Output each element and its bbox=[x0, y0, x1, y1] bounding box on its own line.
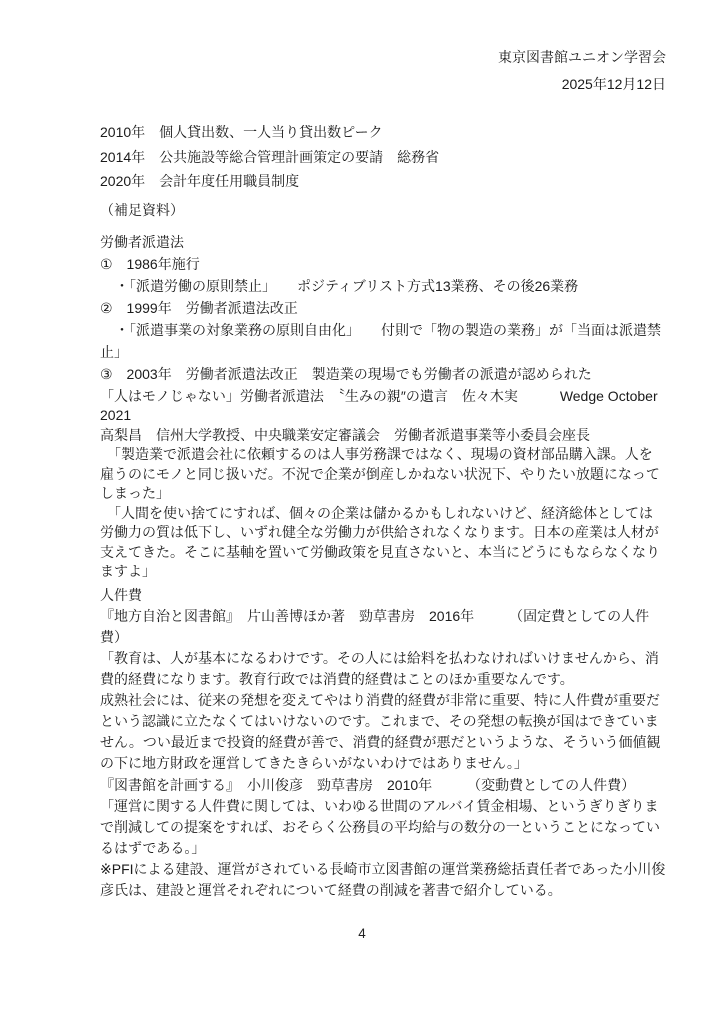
document-content: 東京図書館ユニオン学習会 2025年12月12日 2010年 個人貸出数、一人当… bbox=[0, 0, 724, 901]
article-quote1-line: 「製造業で派遣会社に依頼するのは人事労務課ではなく、現場の資材部品購入課。人を bbox=[100, 445, 666, 465]
personnel-quote-line: 「教育は、人が基本になるわけです。その人には給料を払わなければいけませんから、消 bbox=[100, 648, 666, 669]
dispatch-law-item-1: ① 1986年施行 bbox=[100, 253, 666, 275]
supplement-label: （補足資料） bbox=[100, 200, 666, 221]
dispatch-law-item-2: ② 1999年 労働者派遣法改正 bbox=[100, 297, 666, 319]
document-header: 東京図書館ユニオン学習会 2025年12月12日 bbox=[100, 44, 666, 98]
article-quote2-line: 「人間を使い捨てにすれば、個々の企業は儲かるかもしれないけど、経済総体としては bbox=[100, 504, 666, 524]
personnel-quote-line: 成熟社会には、従来の発想を変えてやはり消費的経費が非常に重要、特に人件費が重要だ bbox=[100, 690, 666, 711]
planbook-quote-line: るはずである。」 bbox=[100, 838, 666, 859]
book-citation-chihoujichi-wrap: 費） bbox=[100, 627, 666, 648]
timeline-section: 2010年 個人貸出数、一人当り貸出数ピーク 2014年 公共施設等総合管理計画… bbox=[100, 120, 666, 194]
dispatch-law-section: 労働者派遣法 ① 1986年施行 ・「派遣労働の原則禁止」 ポジティブリスト方式… bbox=[100, 231, 666, 385]
personnel-quote-line: せん。つい最近まで投資的経費が善で、消費的経費が悪だというような、そういう価値観 bbox=[100, 732, 666, 753]
personnel-quote-line: という認識に立たなくてはいけないのです。これまで、その発想の転換が国はできていま bbox=[100, 711, 666, 732]
personnel-cost-section: 人件費 『地方自治と図書館』 片山善博ほか著 勁草書房 2016年 （固定費とし… bbox=[100, 585, 666, 774]
timeline-entry-2014: 2014年 公共施設等総合管理計画策定の要請 総務省 bbox=[100, 145, 666, 170]
page-number: 4 bbox=[0, 926, 724, 941]
personnel-quote-line: 費的経費になります。教育行政では消費的経費はことのほか重要なんです。 bbox=[100, 669, 666, 690]
header-date-line: 2025年12月12日 bbox=[100, 71, 666, 98]
wedge-article-section: 「人はモノじゃない」労働者派遣法 〝生みの親″の遺言 佐々木実 Wedge Oc… bbox=[100, 387, 666, 582]
timeline-entry-2010: 2010年 個人貸出数、一人当り貸出数ピーク bbox=[100, 120, 666, 145]
dispatch-law-heading: 労働者派遣法 bbox=[100, 231, 666, 253]
article-quote2-line: 支えてきた。そこに基軸を置いて労働政策を見直さないと、本当にどうにもならなくなり bbox=[100, 543, 666, 563]
header-org-line: 東京図書館ユニオン学習会 bbox=[100, 44, 666, 71]
personnel-quote-line: の下に地方財政を運営してきたきらいがないわけではありません。」 bbox=[100, 753, 666, 774]
book-citation-toshokan-keikaku: 『図書館を計画する』 小川俊彦 勁草書房 2010年 （変動費としての人件費） bbox=[100, 775, 666, 796]
dispatch-law-item-3: ③ 2003年 労働者派遣法改正 製造業の現場でも労働者の派遣が認められた bbox=[100, 363, 666, 385]
plan-book-section: 『図書館を計画する』 小川俊彦 勁草書房 2010年 （変動費としての人件費） … bbox=[100, 775, 666, 901]
personnel-heading: 人件費 bbox=[100, 585, 666, 606]
article-quote1-line: 雇うのにモノと同じ扱いだ。不況で企業が倒産しかねない状況下、やりたい放題になって bbox=[100, 465, 666, 485]
article-title-line: 「人はモノじゃない」労働者派遣法 〝生みの親″の遺言 佐々木実 Wedge Oc… bbox=[100, 387, 666, 407]
dispatch-law-subitem-2: ・「派遣事業の対象業務の原則自由化」 付則で「物の製造の業務」が「当面は派遣禁 bbox=[100, 319, 666, 341]
article-quote2-line: 労働力の質は低下し、いずれ健全な労働力が供給されなくなります。日本の産業は人材が bbox=[100, 523, 666, 543]
supplement-section: （補足資料） bbox=[100, 200, 666, 221]
article-byline: 高梨昌 信州大学教授、中央職業安定審議会 労働者派遣事業等小委員会座長 bbox=[100, 426, 666, 446]
article-title-wrap: 2021 bbox=[100, 406, 666, 426]
article-quote2-line: ますよ」 bbox=[100, 562, 666, 582]
planbook-quote-line: で削減しての提案をすれば、おそらく公務員の平均給与の数分の一ということになってい bbox=[100, 817, 666, 838]
article-quote1-line: しまった」 bbox=[100, 484, 666, 504]
dispatch-law-subitem-1: ・「派遣労働の原則禁止」 ポジティブリスト方式13業務、その後26業務 bbox=[100, 275, 666, 297]
pfi-note-line: 彦氏は、建設と運営それぞれについて経費の削減を著書で紹介している。 bbox=[100, 880, 666, 901]
dispatch-law-subitem-2-wrap: 止」 bbox=[100, 341, 666, 363]
book-citation-chihoujichi: 『地方自治と図書館』 片山善博ほか著 勁草書房 2016年 （固定費としての人件 bbox=[100, 606, 666, 627]
document-page: 東京図書館ユニオン学習会 2025年12月12日 2010年 個人貸出数、一人当… bbox=[0, 0, 724, 1024]
pfi-note-line: ※PFIによる建設、運営がされている長崎市立図書館の運営業務総括責任者であった小… bbox=[100, 859, 666, 880]
planbook-quote-line: 「運営に関する人件費に関しては、いわゆる世間のアルバイ賃金相場、というぎりぎりま bbox=[100, 796, 666, 817]
timeline-entry-2020: 2020年 会計年度任用職員制度 bbox=[100, 169, 666, 194]
